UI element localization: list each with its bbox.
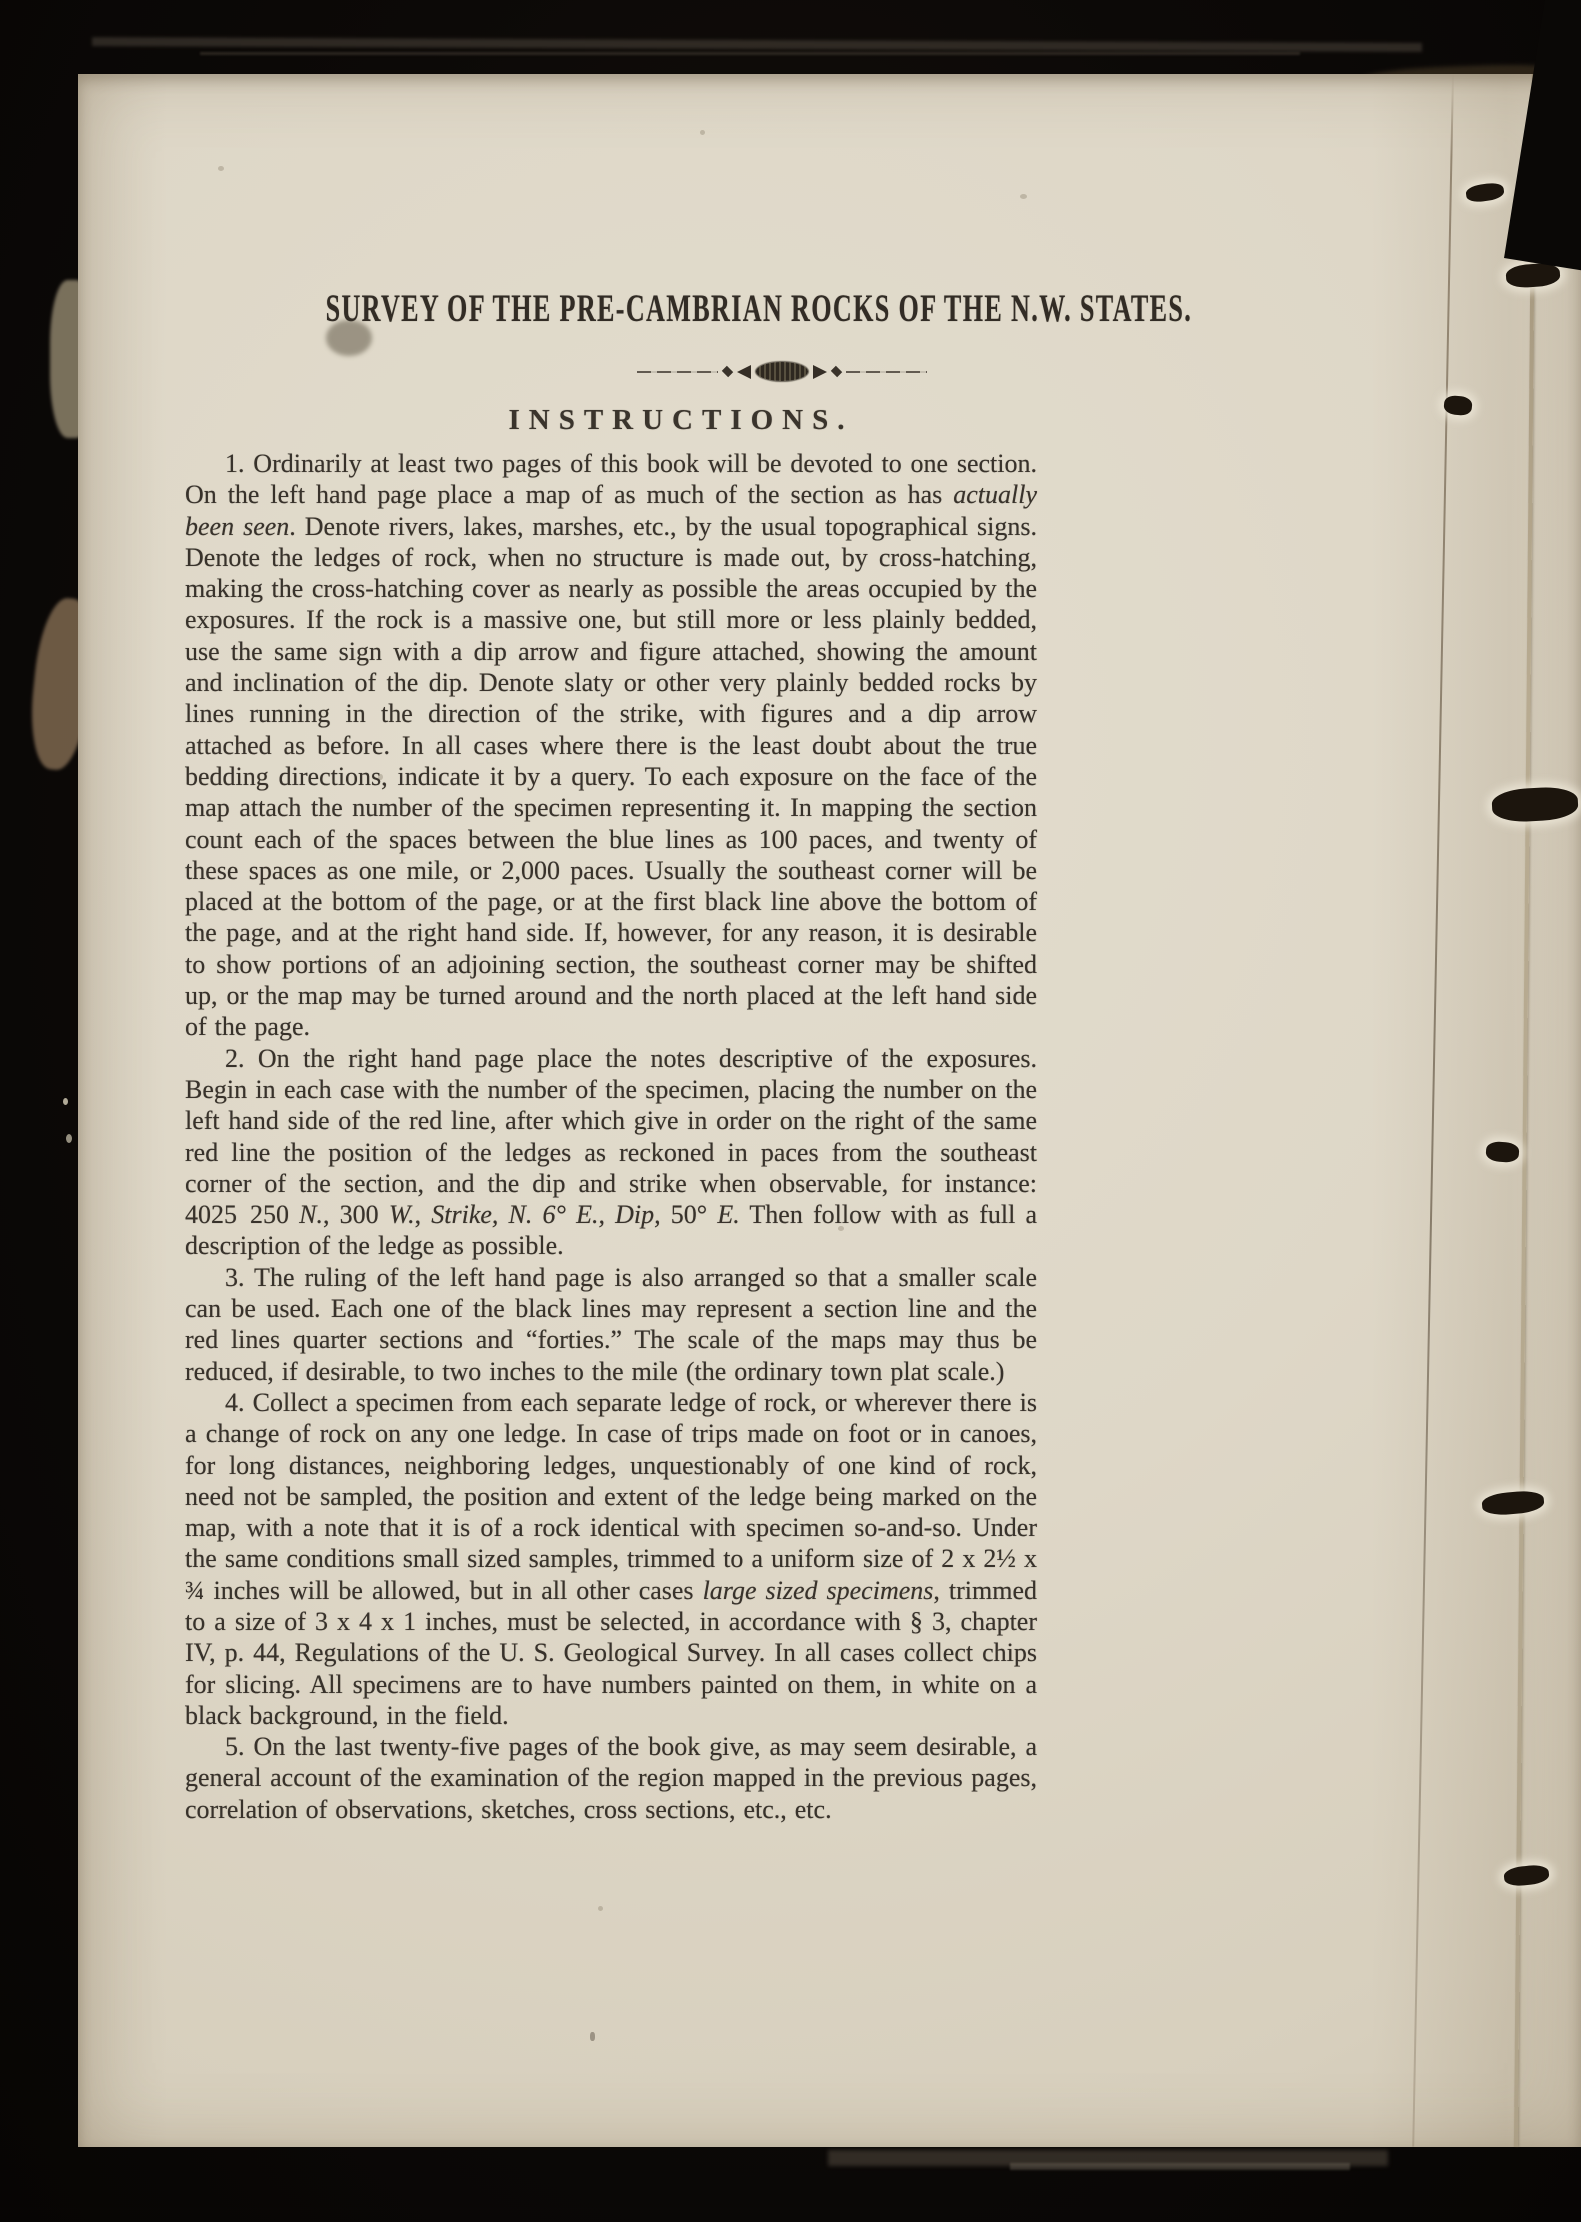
instruction-paragraph: 2. On the right hand page place the note…	[185, 1043, 1037, 1262]
text-segment: . Denote rivers, lakes, marshes, etc., b…	[185, 512, 1037, 1042]
paper-freckle	[598, 1906, 603, 1911]
text-segment: 3. The ruling of the left hand page is a…	[185, 1263, 1037, 1386]
ornament-dash-rule	[637, 371, 718, 373]
text-segment: 1. Ordinarily at least two pages of this…	[185, 449, 1037, 509]
paper-freckle	[218, 166, 224, 171]
ornament-center-lens	[756, 362, 808, 381]
divider-fleuron-icon	[637, 362, 927, 381]
binding-stitch	[1465, 181, 1505, 203]
cover-speck	[63, 1098, 68, 1105]
binding-stitch	[1503, 1864, 1550, 1888]
binding-stitch	[1505, 262, 1560, 289]
instruction-paragraph: 5. On the last twenty-five pages of the …	[185, 1731, 1037, 1825]
binding-crease-line	[1412, 74, 1454, 2147]
small-print-flaw	[590, 2032, 595, 2041]
italic-text-segment: W.	[389, 1200, 415, 1229]
binding-thread-line	[1514, 74, 1536, 2147]
italic-text-segment: large sized specimens	[703, 1576, 934, 1605]
paper-freckle	[1020, 194, 1027, 199]
cover-speck	[66, 1134, 72, 1143]
ornament-dash-rule	[846, 371, 927, 373]
section-heading: INSTRUCTIONS.	[255, 404, 1107, 437]
text-segment: ,	[415, 1200, 432, 1229]
instruction-paragraph: 4. Collect a specimen from each separate…	[185, 1387, 1037, 1731]
italic-text-segment: Strike, N. 6° E., Dip,	[431, 1200, 660, 1229]
ornament-diamond	[831, 366, 842, 377]
text-segment: 50°	[661, 1200, 718, 1229]
cover-top-edge-highlight-2	[200, 52, 1300, 55]
ornament-diamond	[722, 366, 733, 377]
book-scan: SURVEY OF THE PRE-CAMBRIAN ROCKS OF THE …	[0, 0, 1581, 2222]
italic-text-segment: N.	[299, 1200, 323, 1229]
binding-stitch	[1443, 395, 1473, 417]
page-title: SURVEY OF THE PRE-CAMBRIAN ROCKS OF THE …	[326, 286, 897, 331]
binding-stitch	[1491, 786, 1579, 823]
cover-top-edge-highlight	[92, 37, 1422, 52]
page-paper: SURVEY OF THE PRE-CAMBRIAN ROCKS OF THE …	[78, 74, 1581, 2147]
instruction-paragraph: 3. The ruling of the left hand page is a…	[185, 1262, 1037, 1387]
text-segment: 5. On the last twenty-five pages of the …	[185, 1732, 1037, 1824]
binding-stitch	[1481, 1489, 1545, 1516]
binding-stitch	[1485, 1141, 1519, 1163]
instruction-paragraph: 1. Ordinarily at least two pages of this…	[185, 448, 1037, 1043]
instructions-body: 1. Ordinarily at least two pages of this…	[185, 448, 1037, 1825]
italic-text-segment: E.	[717, 1200, 739, 1229]
text-segment: 4. Collect a specimen from each separate…	[185, 1388, 1037, 1605]
cover-bottom-wear-2	[1010, 2163, 1350, 2170]
ornament-arrow	[813, 365, 827, 379]
paper-freckle	[700, 130, 705, 135]
text-segment: , 300	[323, 1200, 389, 1229]
ornament-arrow	[737, 365, 751, 379]
